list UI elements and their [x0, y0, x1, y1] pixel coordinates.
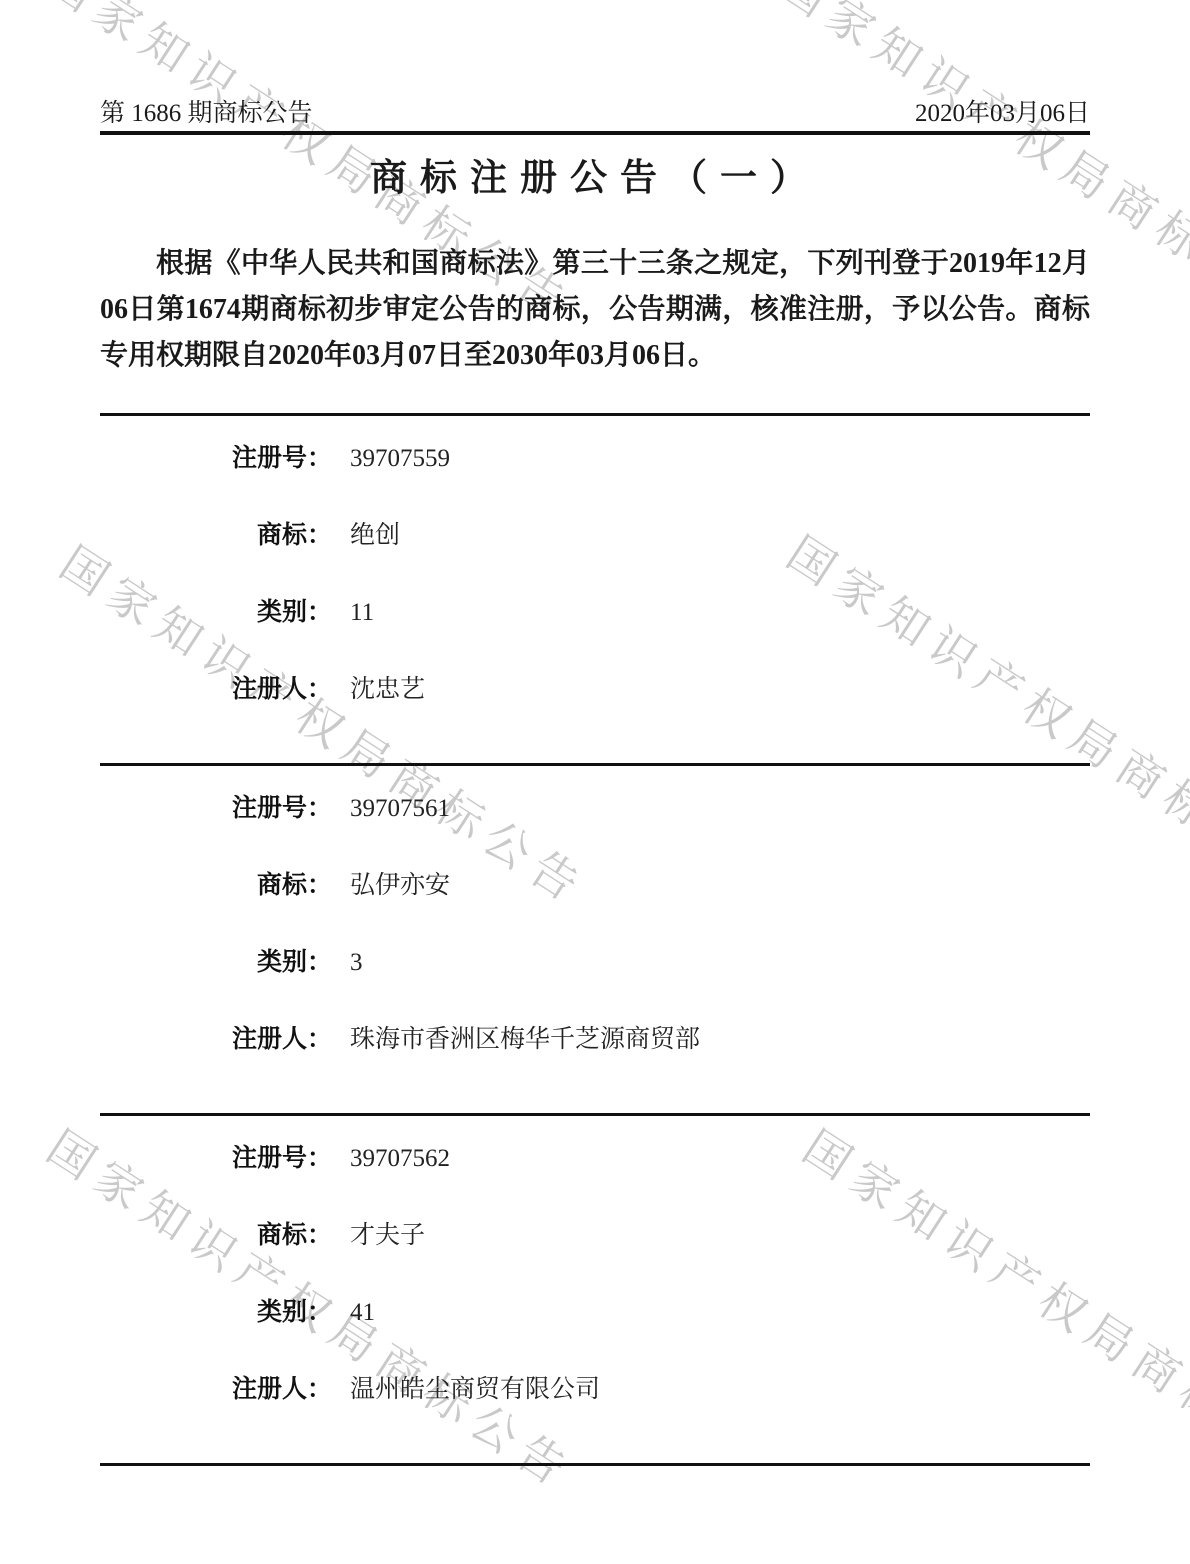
trademark-label: 商标：	[100, 515, 332, 551]
reg-no-value: 39707561	[350, 795, 450, 823]
record-row-category: 类别： 3	[100, 942, 1090, 978]
registrant-label: 注册人：	[100, 1019, 332, 1055]
intro-paragraph: 根据《中华人民共和国商标法》第三十三条之规定，下列刊登于2019年12月06日第…	[100, 241, 1090, 379]
registrant-label: 注册人：	[100, 1369, 332, 1405]
category-value: 11	[350, 599, 374, 627]
record-row-trademark: 商标： 弘伊亦安	[100, 865, 1090, 901]
trademark-label: 商标：	[100, 865, 332, 901]
trademark-value: 绝创	[350, 515, 400, 551]
category-value: 41	[350, 1299, 375, 1327]
trademark-label: 商标：	[100, 1215, 332, 1251]
record-row-registrant: 注册人： 温州皓尘商贸有限公司	[100, 1369, 1090, 1405]
reg-no-value: 39707559	[350, 445, 450, 473]
record-row-category: 类别： 11	[100, 592, 1090, 628]
category-label: 类别：	[100, 592, 332, 628]
bottom-divider-rule	[100, 1463, 1090, 1466]
registrant-value: 沈忠艺	[350, 669, 425, 705]
reg-no-label: 注册号：	[100, 1138, 332, 1174]
record-row-registrant: 注册人： 珠海市香洲区梅华千芝源商贸部	[100, 1019, 1090, 1055]
header-divider-rule	[100, 131, 1090, 135]
page-title: 商标注册公告（一）	[0, 147, 1190, 201]
record-1: 注册号： 39707559 商标： 绝创 类别： 11 注册人： 沈忠艺	[100, 413, 1090, 763]
registrant-label: 注册人：	[100, 669, 332, 705]
registrant-value: 温州皓尘商贸有限公司	[350, 1369, 600, 1405]
record-3: 注册号： 39707562 商标： 才夫子 类别： 41 注册人： 温州皓尘商贸…	[100, 1113, 1090, 1463]
record-row-trademark: 商标： 绝创	[100, 515, 1090, 551]
category-label: 类别：	[100, 942, 332, 978]
record-row-reg-no: 注册号： 39707559	[100, 438, 1090, 474]
trademark-value: 弘伊亦安	[350, 865, 450, 901]
record-row-reg-no: 注册号： 39707561	[100, 788, 1090, 824]
reg-no-label: 注册号：	[100, 788, 332, 824]
reg-no-label: 注册号：	[100, 438, 332, 474]
registrant-value: 珠海市香洲区梅华千芝源商贸部	[350, 1019, 700, 1055]
record-row-trademark: 商标： 才夫子	[100, 1215, 1090, 1251]
page-header: 第 1686 期商标公告 2020年03月06日	[100, 93, 1090, 129]
record-row-registrant: 注册人： 沈忠艺	[100, 669, 1090, 705]
gazette-issue-number: 第 1686 期商标公告	[100, 93, 313, 129]
record-row-reg-no: 注册号： 39707562	[100, 1138, 1090, 1174]
gazette-date: 2020年03月06日	[915, 93, 1090, 129]
category-label: 类别：	[100, 1292, 332, 1328]
records-list: 注册号： 39707559 商标： 绝创 类别： 11 注册人： 沈忠艺 注册号…	[100, 413, 1090, 1466]
record-2: 注册号： 39707561 商标： 弘伊亦安 类别： 3 注册人： 珠海市香洲区…	[100, 763, 1090, 1113]
reg-no-value: 39707562	[350, 1145, 450, 1173]
category-value: 3	[350, 949, 363, 977]
record-row-category: 类别： 41	[100, 1292, 1090, 1328]
trademark-value: 才夫子	[350, 1215, 425, 1251]
